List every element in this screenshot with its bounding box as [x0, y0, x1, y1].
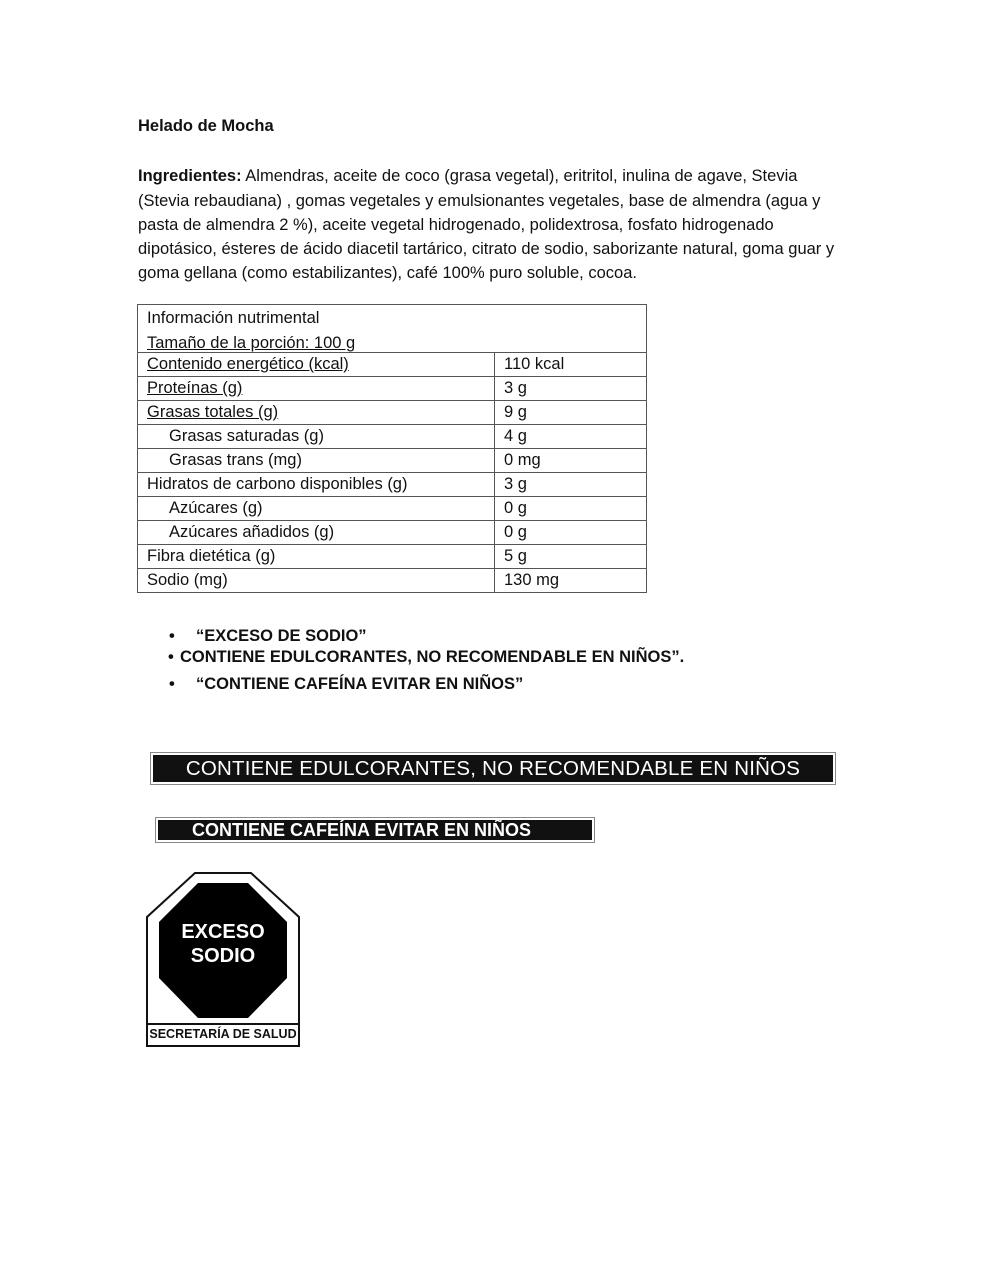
nutrition-portion-row: Tamaño de la porción: 100 g: [138, 331, 647, 353]
bullet-icon: •: [169, 673, 175, 695]
ingredients-first-line: Almendras, aceite de coco (grasa vegetal…: [242, 167, 798, 185]
table-row: Contenido energético (kcal)110 kcal: [138, 353, 647, 377]
table-row: Grasas trans (mg)0 mg: [138, 449, 647, 473]
nutrient-value: 3 g: [495, 473, 647, 497]
seal-authority: SECRETARÍA DE SALUD: [148, 1025, 298, 1043]
nutrient-value: 0 mg: [495, 449, 647, 473]
nutrient-label: Contenido energético (kcal): [138, 353, 495, 377]
sweeteners-warning-banner: CONTIENE EDULCORANTES, NO RECOMENDABLE E…: [151, 753, 835, 784]
nutrient-value: 4 g: [495, 425, 647, 449]
nutrient-value: 0 g: [495, 521, 647, 545]
table-row: Azúcares añadidos (g)0 g: [138, 521, 647, 545]
nutrient-label: Grasas trans (mg): [138, 449, 495, 473]
nutrient-label: Fibra dietética (g): [138, 545, 495, 569]
table-row: Fibra dietética (g)5 g: [138, 545, 647, 569]
nutrient-label: Grasas totales (g): [138, 401, 495, 425]
nutrient-label: Proteínas (g): [138, 377, 495, 401]
nutrition-table: Información nutrimental Tamaño de la por…: [137, 304, 647, 593]
nutrient-label: Hidratos de carbono disponibles (g): [138, 473, 495, 497]
nutrition-header: Información nutrimental: [138, 305, 647, 332]
table-row: Hidratos de carbono disponibles (g)3 g: [138, 473, 647, 497]
bullet-icon: •: [169, 625, 175, 647]
product-title: Helado de Mocha: [138, 117, 274, 136]
nutrient-value: 110 kcal: [495, 353, 647, 377]
ingredients-label: Ingredientes:: [138, 167, 242, 185]
ingredients-text: (Stevia rebaudiana) , gomas vegetales y …: [138, 192, 834, 282]
nutrient-label: Azúcares añadidos (g): [138, 521, 495, 545]
nutrient-label: Grasas saturadas (g): [138, 425, 495, 449]
ingredients-paragraph: Ingredientes: Almendras, aceite de coco …: [138, 163, 850, 285]
nutrient-value: 130 mg: [495, 569, 647, 593]
nutrition-header-row: Información nutrimental: [138, 305, 647, 332]
table-row: Grasas saturadas (g)4 g: [138, 425, 647, 449]
nutrient-label: Azúcares (g): [138, 497, 495, 521]
nutrient-value: 3 g: [495, 377, 647, 401]
table-row: Grasas totales (g)9 g: [138, 401, 647, 425]
nutrient-label: Sodio (mg): [138, 569, 495, 593]
portion-size: Tamaño de la porción: 100 g: [138, 331, 647, 353]
nutrient-value: 0 g: [495, 497, 647, 521]
table-row: Azúcares (g)0 g: [138, 497, 647, 521]
table-row: Sodio (mg)130 mg: [138, 569, 647, 593]
nutrient-value: 9 g: [495, 401, 647, 425]
table-row: Proteínas (g)3 g: [138, 377, 647, 401]
caffeine-warning-banner: CONTIENE CAFEÍNA EVITAR EN NIÑOS: [156, 818, 594, 842]
excess-sodium-seal: EXCESO SODIO SECRETARÍA DE SALUD: [146, 872, 300, 1047]
nutrient-value: 5 g: [495, 545, 647, 569]
seal-label: EXCESO SODIO: [146, 920, 300, 968]
bullet-icon: •: [168, 646, 174, 668]
